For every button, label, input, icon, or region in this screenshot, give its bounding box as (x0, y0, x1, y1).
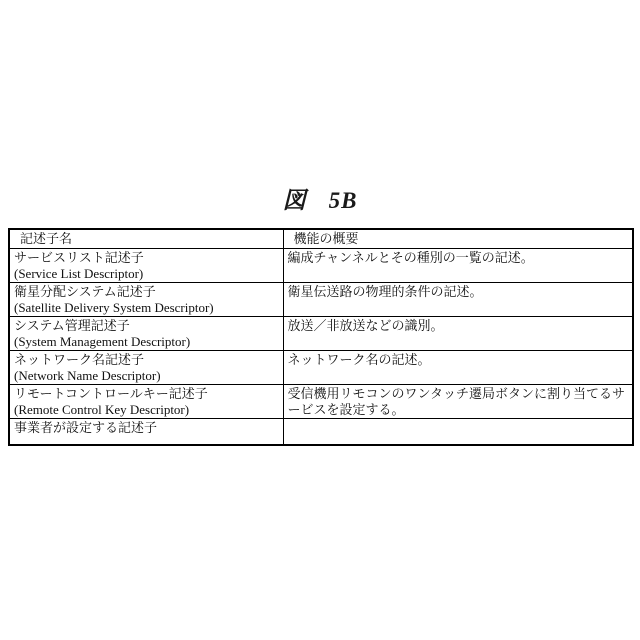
cell-descriptor-name: システム管理記述子 (System Management Descriptor) (9, 317, 283, 351)
cell-descriptor-name: リモートコントロールキー記述子 (Remote Control Key Desc… (9, 385, 283, 419)
descriptor-name-en: (Remote Control Key Descriptor) (14, 402, 279, 418)
function-summary-text: ネットワーク名の記述。 (288, 352, 629, 368)
table-row: サービスリスト記述子 (Service List Descriptor) 編成チ… (9, 249, 633, 283)
figure-title: 図5B (0, 182, 640, 215)
figure-label: 図 (283, 188, 307, 213)
function-summary-text: 受信機用リモコンのワンタッチ遷局ボタンに割り当てるサービスを設定する。 (288, 386, 629, 418)
header-descriptor-name: 記述子名 (9, 229, 283, 249)
cell-function-summary: 受信機用リモコンのワンタッチ遷局ボタンに割り当てるサービスを設定する。 (283, 385, 633, 419)
table-row: リモートコントロールキー記述子 (Remote Control Key Desc… (9, 385, 633, 419)
cell-descriptor-name: 衛星分配システム記述子 (Satellite Delivery System D… (9, 283, 283, 317)
cell-descriptor-name: ネットワーク名記述子 (Network Name Descriptor) (9, 351, 283, 385)
table-header-row: 記述子名 機能の概要 (9, 229, 633, 249)
cell-function-summary: 放送／非放送などの識別。 (283, 317, 633, 351)
table-row: 事業者が設定する記述子 (9, 419, 633, 446)
descriptor-name-ja: 衛星分配システム記述子 (14, 284, 279, 300)
document-page: 図5B 記述子名 機能の概要 サービスリスト記述子 (Service List … (0, 0, 640, 640)
descriptor-name-ja: 事業者が設定する記述子 (14, 420, 279, 436)
descriptor-name-en: (System Management Descriptor) (14, 334, 279, 350)
descriptor-name-en: (Network Name Descriptor) (14, 368, 279, 384)
descriptor-name-ja: ネットワーク名記述子 (14, 352, 279, 368)
descriptor-name-ja: リモートコントロールキー記述子 (14, 386, 279, 402)
function-summary-text: 放送／非放送などの識別。 (288, 318, 629, 334)
cell-descriptor-name: サービスリスト記述子 (Service List Descriptor) (9, 249, 283, 283)
figure-number: 5B (329, 188, 358, 213)
descriptor-table: 記述子名 機能の概要 サービスリスト記述子 (Service List Desc… (8, 228, 634, 446)
table-row: ネットワーク名記述子 (Network Name Descriptor) ネット… (9, 351, 633, 385)
cell-function-summary: 衛星伝送路の物理的条件の記述。 (283, 283, 633, 317)
header-function-summary: 機能の概要 (283, 229, 633, 249)
cell-descriptor-name: 事業者が設定する記述子 (9, 419, 283, 446)
cell-function-summary: 編成チャンネルとその種別の一覧の記述。 (283, 249, 633, 283)
descriptor-name-en: (Service List Descriptor) (14, 266, 279, 282)
cell-function-summary: ネットワーク名の記述。 (283, 351, 633, 385)
descriptor-name-en: (Satellite Delivery System Descriptor) (14, 300, 279, 316)
function-summary-text: 衛星伝送路の物理的条件の記述。 (288, 284, 629, 300)
table-row: システム管理記述子 (System Management Descriptor)… (9, 317, 633, 351)
table-row: 衛星分配システム記述子 (Satellite Delivery System D… (9, 283, 633, 317)
descriptor-name-ja: サービスリスト記述子 (14, 250, 279, 266)
cell-function-summary (283, 419, 633, 446)
function-summary-text: 編成チャンネルとその種別の一覧の記述。 (288, 250, 629, 266)
descriptor-name-ja: システム管理記述子 (14, 318, 279, 334)
